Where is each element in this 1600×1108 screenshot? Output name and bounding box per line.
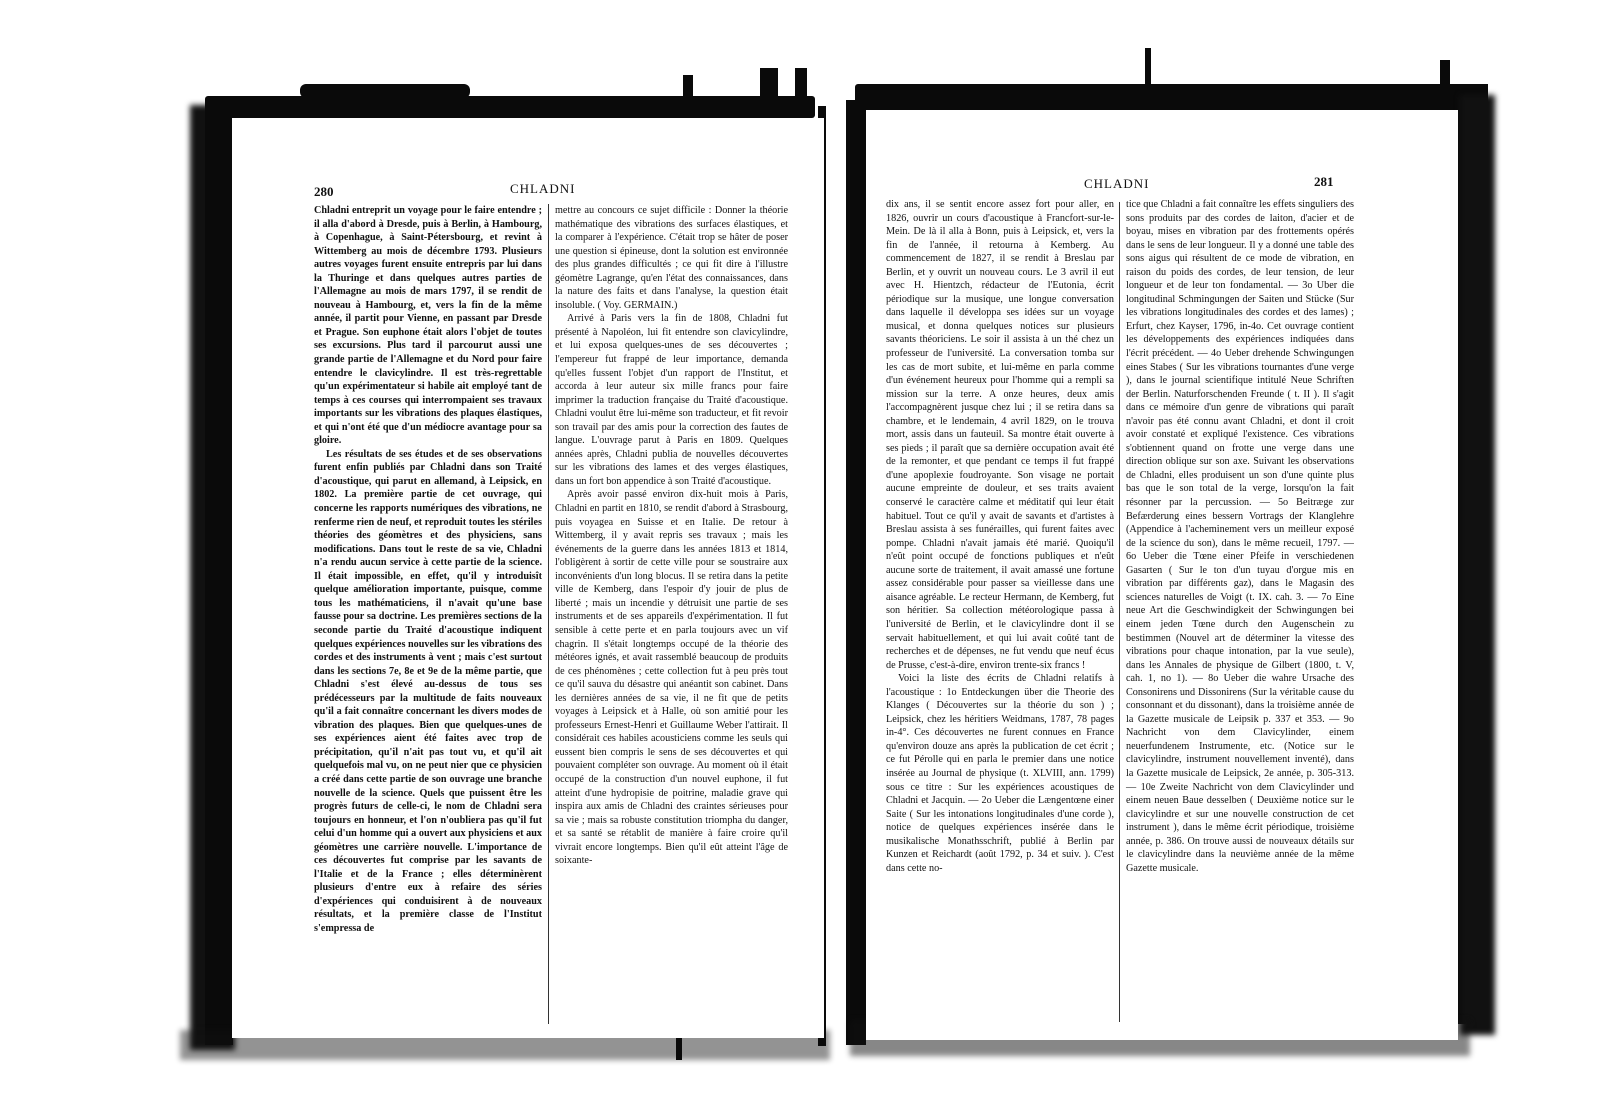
top-torn-edge-3	[760, 68, 778, 98]
paragraph: Les résultats de ses études et de ses ob…	[314, 448, 542, 936]
right-column-2: tice que Chladni a fait connaître les ef…	[1126, 198, 1354, 875]
left-page: 280 CHLADNI Chladni entreprit un voyage …	[232, 118, 824, 1038]
left-column-2: mettre au concours ce sujet difficile : …	[555, 204, 788, 868]
paragraph: tice que Chladni a fait connaître les ef…	[1126, 198, 1354, 875]
top-torn-edge-5	[1440, 60, 1450, 90]
left-column-1: Chladni entreprit un voyage pour le fair…	[314, 204, 542, 936]
scanned-book-spread: 280 CHLADNI Chladni entreprit un voyage …	[0, 0, 1600, 1108]
top-torn-edge-4	[1145, 48, 1151, 88]
page-number: 280	[314, 184, 334, 200]
paragraph: dix ans, il se sentit encore assez fort …	[886, 198, 1114, 672]
left-scan-border-top	[205, 96, 815, 118]
page-number: 281	[1314, 174, 1334, 190]
paragraph: Arrivé à Paris vers la fin de 1808, Chla…	[555, 312, 788, 488]
right-column-1: dix ans, il se sentit encore assez fort …	[886, 198, 1114, 875]
column-divider	[1119, 202, 1120, 1022]
running-title: CHLADNI	[1084, 176, 1150, 192]
right-scan-shadow	[1460, 95, 1495, 1035]
right-page: CHLADNI 281 dix ans, il se sentit encore…	[866, 110, 1458, 1040]
left-scan-border-left	[205, 100, 233, 1045]
right-scan-border-top	[855, 84, 1475, 110]
paragraph: Après avoir passé environ dix-huit mois …	[555, 488, 788, 867]
paragraph: mettre au concours ce sujet difficile : …	[555, 204, 788, 312]
paragraph: Voici la liste des écrits de Chladni rel…	[886, 672, 1114, 875]
top-torn-edge-2	[683, 75, 693, 105]
top-torn-edge-1	[300, 84, 470, 98]
column-divider	[548, 204, 549, 1024]
paragraph: Chladni entreprit un voyage pour le fair…	[314, 204, 542, 448]
gutter-mark-top	[795, 68, 807, 108]
right-scan-border-left	[846, 100, 866, 1045]
running-title: CHLADNI	[510, 181, 576, 197]
